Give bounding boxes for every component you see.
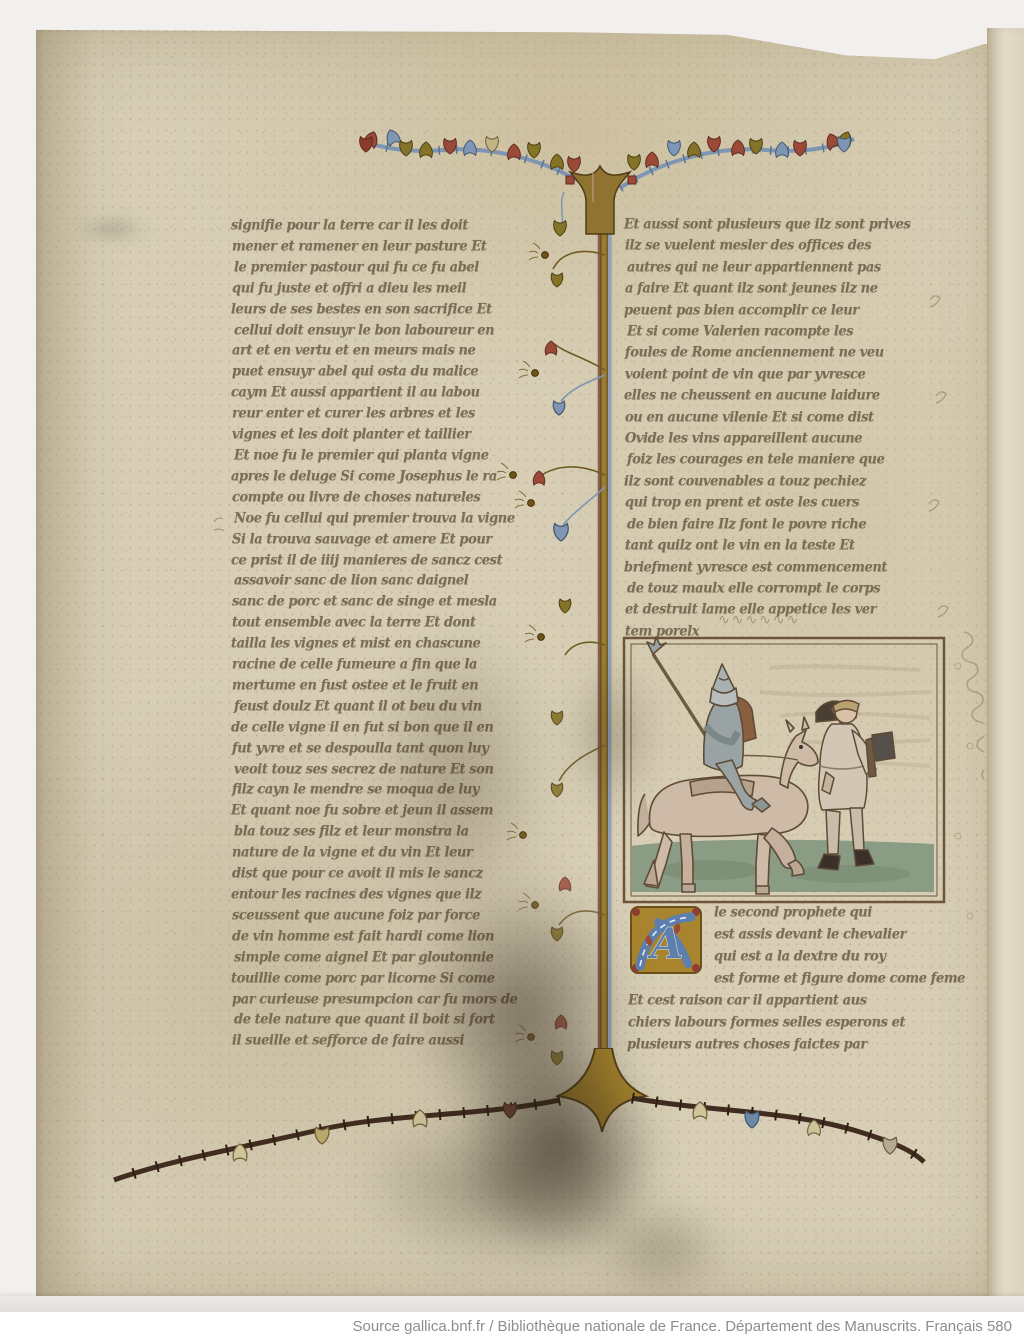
manuscript-text-line: est assis devant le chevalier bbox=[628, 924, 934, 947]
manuscript-text-line: racine de celle fumeure a fin que la bbox=[232, 655, 532, 677]
manuscript-text-line: peuent pas bien accomplir ce leur bbox=[624, 300, 933, 322]
trunk-chalice bbox=[570, 166, 630, 234]
manuscript-text-line: ilz se vuelent mesler des offices des bbox=[625, 235, 933, 257]
manuscript-text-line: ou en aucune vilenie Et si come dist bbox=[625, 407, 933, 429]
root-base-gold bbox=[558, 1048, 646, 1132]
miniature-illustration bbox=[620, 634, 950, 908]
manuscript-text-line: Et cest raison car il appartient aus bbox=[628, 990, 934, 1013]
scanned-manuscript-photo: signifie pour la terre car il les doitme… bbox=[0, 0, 1024, 1341]
page-bottom-shadow-strip bbox=[0, 1296, 1024, 1312]
manuscript-text-line: assavoir sanc de lion sanc daignel bbox=[234, 571, 532, 593]
manuscript-text-line: briefment yvresce est commencement bbox=[624, 557, 933, 579]
manuscript-text-line: tailla les vignes et mist en chascune bbox=[231, 634, 532, 656]
manuscript-text-line: art et en vertu et en meurs mais ne bbox=[232, 341, 532, 363]
manuscript-text-line: caym Et aussi appartient il au labou bbox=[231, 383, 532, 405]
manuscript-text-line: apres le deluge Si come Josephus le ra bbox=[231, 467, 532, 489]
manuscript-text-line: Et noe fu le premier qui planta vigne bbox=[234, 446, 532, 468]
penwork-scroll-border bbox=[944, 626, 984, 948]
manuscript-text-line: Et si come Valerien racompte les bbox=[627, 321, 933, 343]
manuscript-text-line: puet ensuyr abel qui osta du malice bbox=[232, 362, 532, 384]
manuscript-text-line: Si la trouva sauvage et amere Et pour bbox=[232, 530, 532, 552]
manuscript-text-line: entour les racines des vignes que ilz bbox=[231, 885, 532, 907]
manuscript-text-line: ilz sont couvenables a touz pechiez bbox=[624, 471, 933, 493]
manuscript-text-line: autres qui ne leur appartiennent pas bbox=[627, 257, 933, 279]
manuscript-text-line: tant quilz ont le vin en la teste Et bbox=[625, 535, 933, 557]
manuscript-text-line: Et quant noe fu sobre et jeun il assem bbox=[231, 801, 532, 823]
gallica-source-caption: Source gallica.bnf.fr / Bibliothèque nat… bbox=[0, 1312, 1024, 1341]
manuscript-text-line: voient point de vin que par yvresce bbox=[625, 364, 933, 386]
manuscript-text-line: de vin homme est fait hardi come lion bbox=[232, 927, 532, 949]
manuscript-text-line: chiers labours formes selles esperons et bbox=[628, 1012, 934, 1035]
manuscript-text-line: reur enter et curer les arbres et les bbox=[232, 404, 532, 426]
manuscript-text-line: par curieuse presumpcion car fu mors de bbox=[232, 990, 532, 1012]
manuscript-text-line: tout ensemble avec la terre Et dont bbox=[232, 613, 532, 635]
manuscript-text-line: foules de Rome anciennement ne veu bbox=[625, 342, 933, 364]
manuscript-text-line: foiz les courages en tele maniere que bbox=[627, 449, 933, 471]
manuscript-text-line: a faire Et quant ilz sont jeunes ilz ne bbox=[625, 278, 933, 300]
manuscript-text-line: sceussent que aucune foiz par force bbox=[232, 906, 532, 928]
manuscript-text-line: bla touz ses filz et leur monstra la bbox=[234, 822, 532, 844]
manuscript-text-line: Noe fu cellui qui premier trouva la vign… bbox=[234, 509, 532, 531]
manuscript-text-line: qui fu juste et offri a dieu les meil bbox=[232, 279, 532, 301]
text-column-right-lower: A le second prophete quiest assis devant… bbox=[628, 902, 934, 1056]
manuscript-text-line: compte ou livre de choses natureles bbox=[232, 488, 532, 510]
manuscript-text-line: ce prist il de iiij manieres de sancz ce… bbox=[231, 551, 532, 573]
trunk-tendril-decorations bbox=[495, 225, 620, 1080]
manuscript-text-line: veoit touz ses secrez de nature Et son bbox=[234, 760, 532, 782]
manuscript-text-line: de touz maulx elle corrompt le corps bbox=[627, 578, 933, 600]
manuscript-text-line: de celle vigne il en fut si bon que il e… bbox=[231, 718, 532, 740]
manuscript-text-line: touillie come porc par licorne Si come bbox=[231, 969, 532, 991]
manuscript-text-line: de tele nature que quant il boit si fort bbox=[234, 1010, 532, 1032]
manuscript-text-line: nature de la vigne et du vin Et leur bbox=[232, 843, 532, 865]
manuscript-text-line: elles ne cheussent en aucune laidure bbox=[624, 385, 933, 407]
pen-flourish-line-filler: ∿∿∿∿∿∿ bbox=[718, 612, 800, 628]
manuscript-text-line: dist que pour ce avoit il mis le sancz bbox=[232, 864, 532, 886]
manuscript-text-line: mener et ramener en leur pasture Et bbox=[232, 237, 532, 259]
top-branch-ornament bbox=[352, 106, 886, 238]
manuscript-text-line: filz cayn le mendre se moqua de luy bbox=[232, 780, 532, 802]
manuscript-text-line: leurs de ses bestes en son sacrifice Et bbox=[231, 300, 532, 322]
manuscript-text-line: qui est a la dextre du roy bbox=[627, 946, 934, 969]
manuscript-text-line: est forme et figure dome come feme bbox=[630, 968, 934, 991]
manuscript-text-line: vignes et les doit planter et taillier bbox=[232, 425, 532, 447]
manuscript-text-line: Ovide les vins appareillent aucune bbox=[625, 428, 933, 450]
manuscript-text-line: qui trop en prent et oste les cuers bbox=[625, 492, 933, 514]
manuscript-text-line: simple come aignel Et par gloutonnie bbox=[234, 948, 532, 970]
manuscript-text-line: mertume en fust ostee et le fruit en bbox=[232, 676, 532, 698]
text-column-left: signifie pour la terre car il les doitme… bbox=[232, 216, 532, 1052]
text-column-right-upper: Et aussi sont plusieurs que ilz sont pri… bbox=[625, 214, 933, 642]
manuscript-text-line: le premier pastour qui fu ce fu abel bbox=[234, 258, 532, 280]
manuscript-text-line: cellui doit ensuyr le bon laboureur en bbox=[234, 321, 532, 343]
manuscript-text-line: sanc de porc et sanc de singe et mesla bbox=[232, 592, 532, 614]
manuscript-text-line: fut yvre et se despoulla tant quon luy bbox=[232, 739, 532, 761]
page-fore-edge bbox=[987, 28, 1024, 1302]
manuscript-text-line: de bien faire Ilz font le povre riche bbox=[627, 514, 933, 536]
root-branch-ornament bbox=[90, 1048, 940, 1198]
manuscript-text-line: feust doulz Et quant il ot beu du vin bbox=[234, 697, 532, 719]
